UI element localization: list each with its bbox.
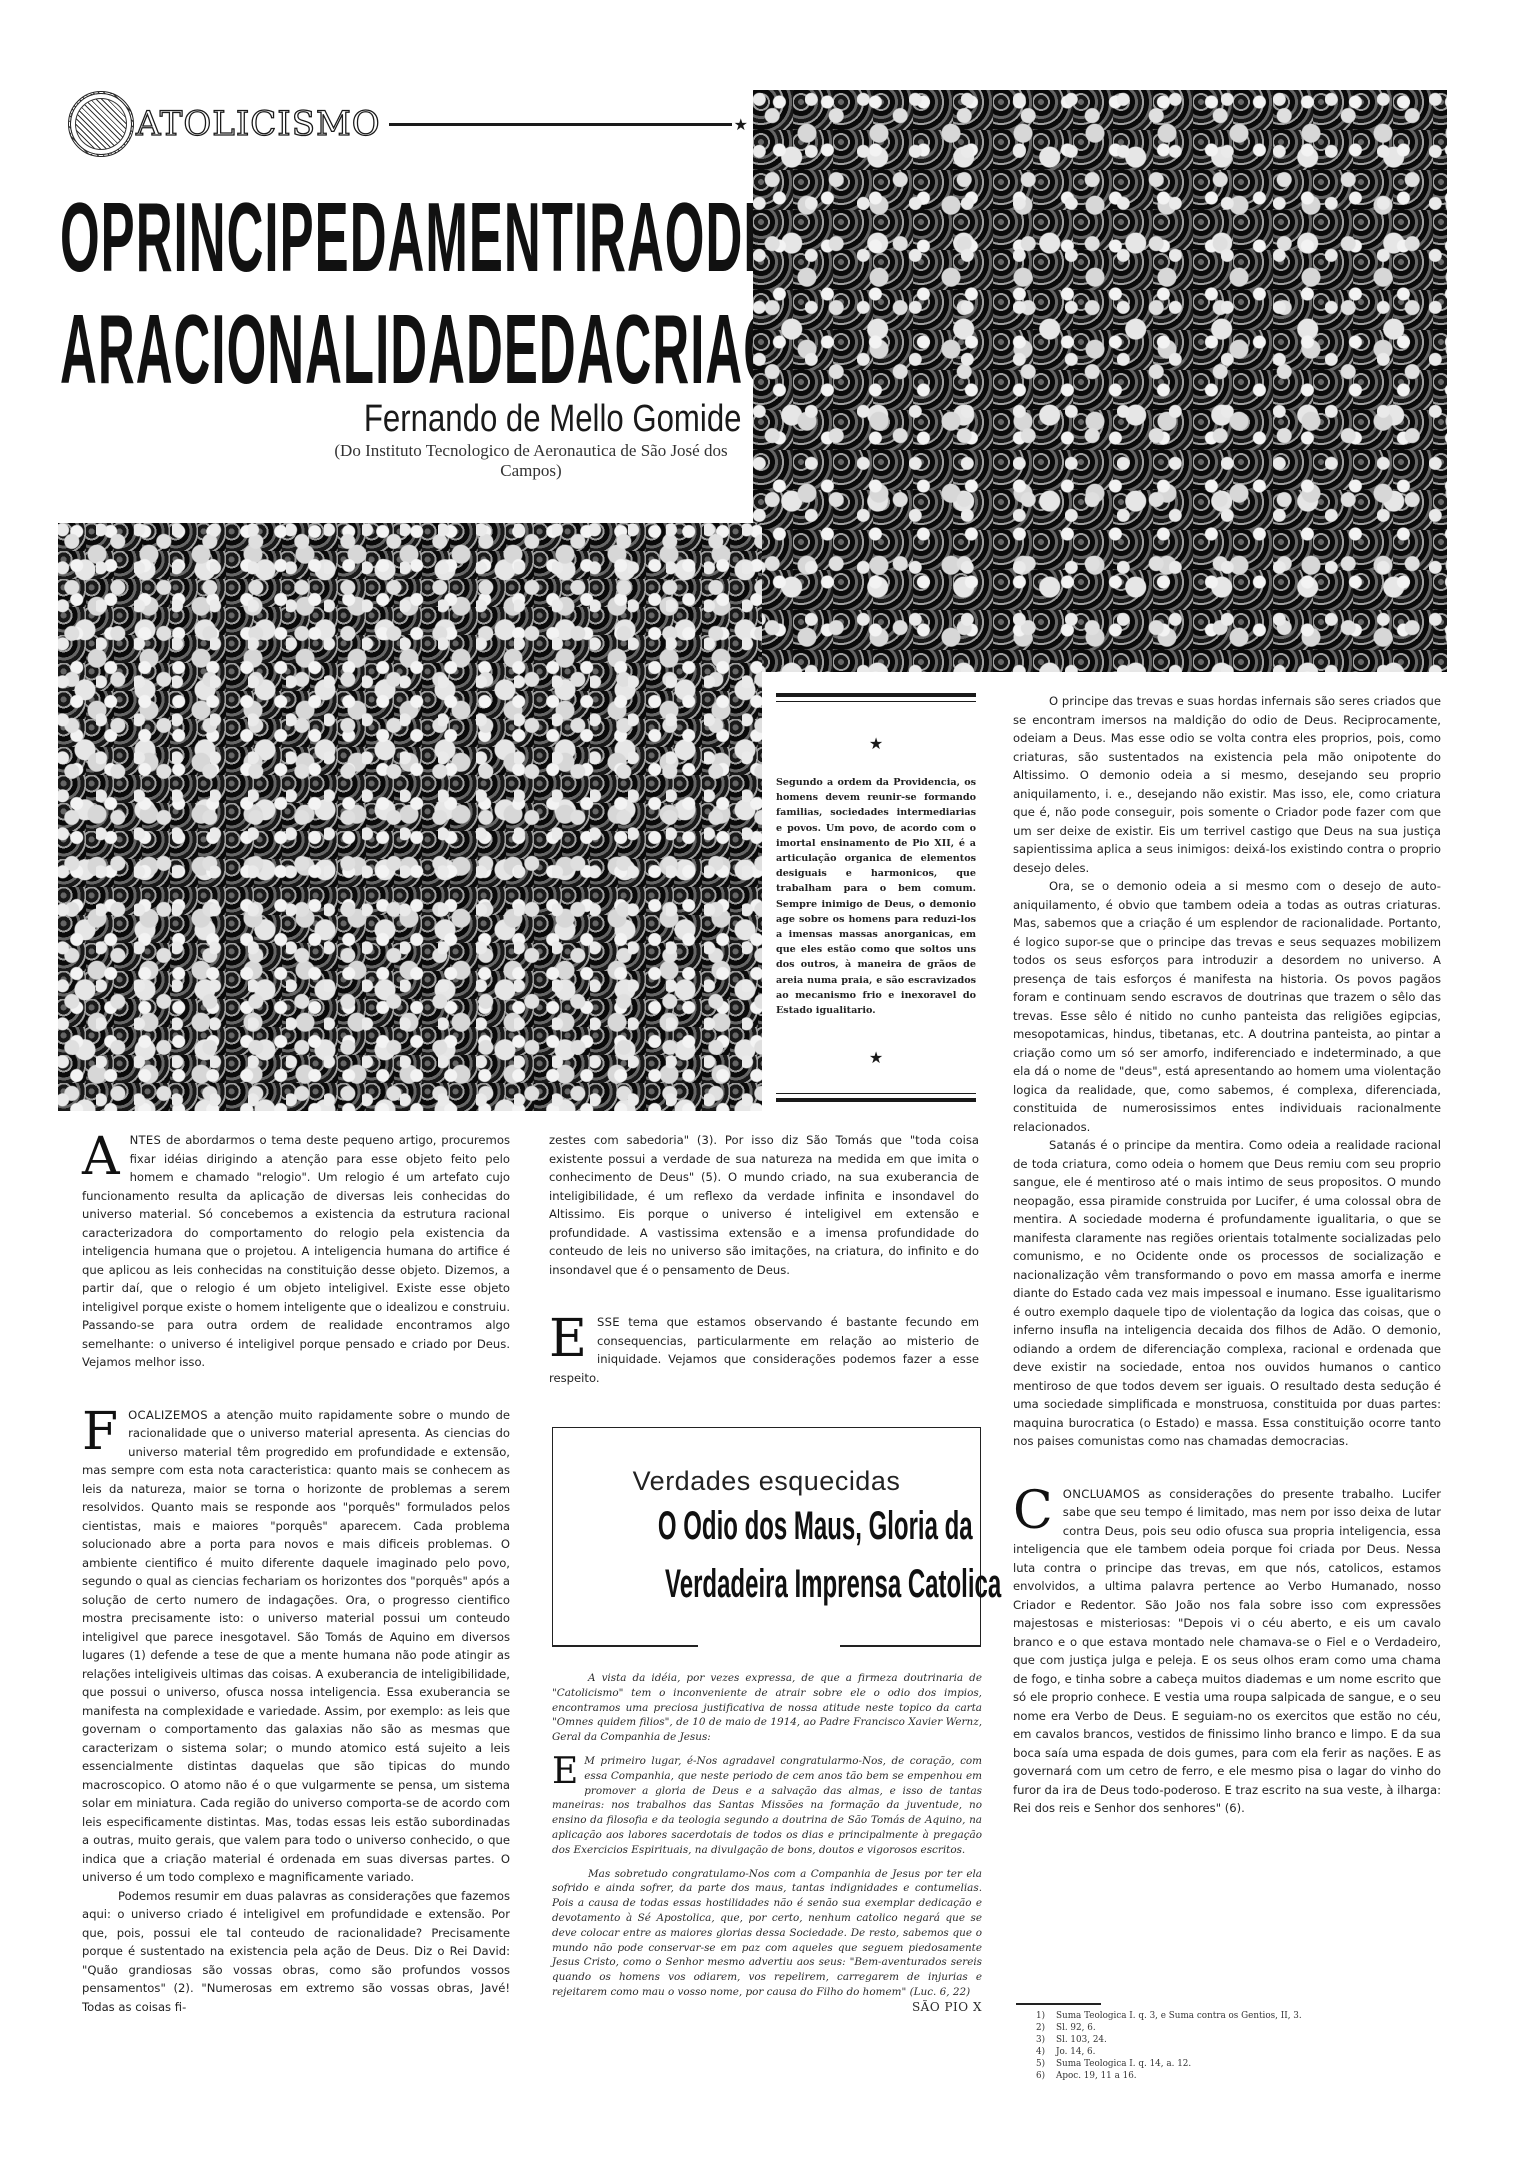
divider	[776, 1098, 976, 1102]
feature-intro: A vista da idéia, por vezes expressa, de…	[552, 1671, 982, 1745]
sidebar-text: Segundo a ordem da Providencia, os homen…	[776, 775, 976, 1018]
dropcap: F	[82, 1410, 118, 1454]
byline: Fernando de Mello Gomide (Do Instituto T…	[281, 398, 741, 481]
paragraph: O principe das trevas e suas hordas infe…	[1013, 692, 1441, 877]
sidebar-box: ★ Segundo a ordem da Providencia, os hom…	[776, 693, 976, 1102]
page-title: O PRINCIPE DA MENTIRA ODEIA A RACIONALID…	[60, 188, 740, 412]
dropcap: E	[552, 1757, 578, 1787]
footnotes: 1)Suma Teologica I. q. 3, e Suma contra …	[1036, 2010, 1456, 2082]
feature-kicker: Verdades esquecidas	[553, 1466, 980, 1497]
author-affiliation: (Do Instituto Tecnologico de Aeronautica…	[321, 441, 741, 481]
footnote: 3)Sl. 103, 24.	[1036, 2034, 1456, 2046]
crowd-image	[58, 523, 762, 1111]
dropcap: A	[82, 1135, 120, 1179]
seal-initial-c-icon	[68, 91, 134, 157]
headline-line-2: A RACIONALIDADE DA CRIAÇÃO	[60, 300, 739, 412]
paragraph: Ora, se o demonio odeia a si mesmo com o…	[1013, 877, 1441, 1136]
quote-paragraph: Mas sobretudo congratulamo-Nos com a Com…	[552, 1867, 982, 2000]
quote-signature: SÃO PIO X	[876, 2000, 982, 2015]
footnote: 6)Apoc. 19, 11 a 16.	[1036, 2070, 1456, 2082]
quote-paragraph: EM primeiro lugar, é-Nos agradavel congr…	[552, 1754, 982, 1858]
paragraph: Podemos resumir em duas palavras as cons…	[82, 1887, 510, 2017]
footnote: 2)Sl. 92, 6.	[1036, 2022, 1456, 2034]
masthead: ATOLICISMO ★	[68, 88, 748, 160]
masthead-rule	[389, 123, 732, 126]
feature-title: O Odio dos Maus, Gloria da Verdadeira Im…	[553, 1497, 980, 1613]
divider	[776, 1093, 976, 1094]
footnote: 1)Suma Teologica I. q. 3, e Suma contra …	[1036, 2010, 1456, 2022]
dropcap: C	[1013, 1489, 1053, 1533]
article-column-middle: zestes com sabedoria" (3). Por isso diz …	[549, 1131, 979, 1387]
star-icon: ★	[776, 734, 976, 753]
headline-line-1: O PRINCIPE DA MENTIRA ODEIA	[60, 188, 739, 300]
paragraph-concluamos: CONCLUAMOS as considerações do presente …	[1013, 1485, 1441, 1818]
crowd-photo-top	[753, 90, 1447, 672]
paragraph-focalizemos: FOCALIZEMOS a atenção muito rapidamente …	[82, 1406, 510, 1887]
divider	[776, 693, 976, 697]
footnote: 4)Jo. 14, 6.	[1036, 2046, 1456, 2058]
crowd-image	[753, 90, 1447, 672]
divider	[840, 1645, 981, 1647]
feature-box: Verdades esquecidas O Odio dos Maus, Glo…	[552, 1427, 981, 1645]
footnote: 5)Suma Teologica I. q. 14, a. 12.	[1036, 2058, 1456, 2070]
feature-quote: A vista da idéia, por vezes expressa, de…	[552, 1671, 982, 2015]
paragraph: Satanás é o principe da mentira. Como od…	[1013, 1136, 1441, 1451]
article-column-left: ANTES de abordarmos o tema deste pequeno…	[82, 1131, 510, 2016]
star-icon: ★	[776, 1048, 976, 1067]
author-name: Fernando de Mello Gomide	[363, 398, 741, 441]
crowd-photo-bottom	[58, 523, 762, 1111]
divider	[776, 701, 976, 702]
footnote-divider	[1016, 2003, 1101, 2005]
divider	[552, 1645, 698, 1647]
paragraph-intro: ANTES de abordarmos o tema deste pequeno…	[82, 1131, 510, 1372]
article-column-right: O principe das trevas e suas hordas infe…	[1013, 692, 1441, 1818]
dropcap: E	[549, 1317, 587, 1361]
star-icon: ★	[734, 115, 748, 134]
paragraph-esse: ESSE tema que estamos observando é basta…	[549, 1313, 979, 1387]
masthead-title: ATOLICISMO	[136, 104, 381, 144]
paragraph: zestes com sabedoria" (3). Por isso diz …	[549, 1131, 979, 1279]
